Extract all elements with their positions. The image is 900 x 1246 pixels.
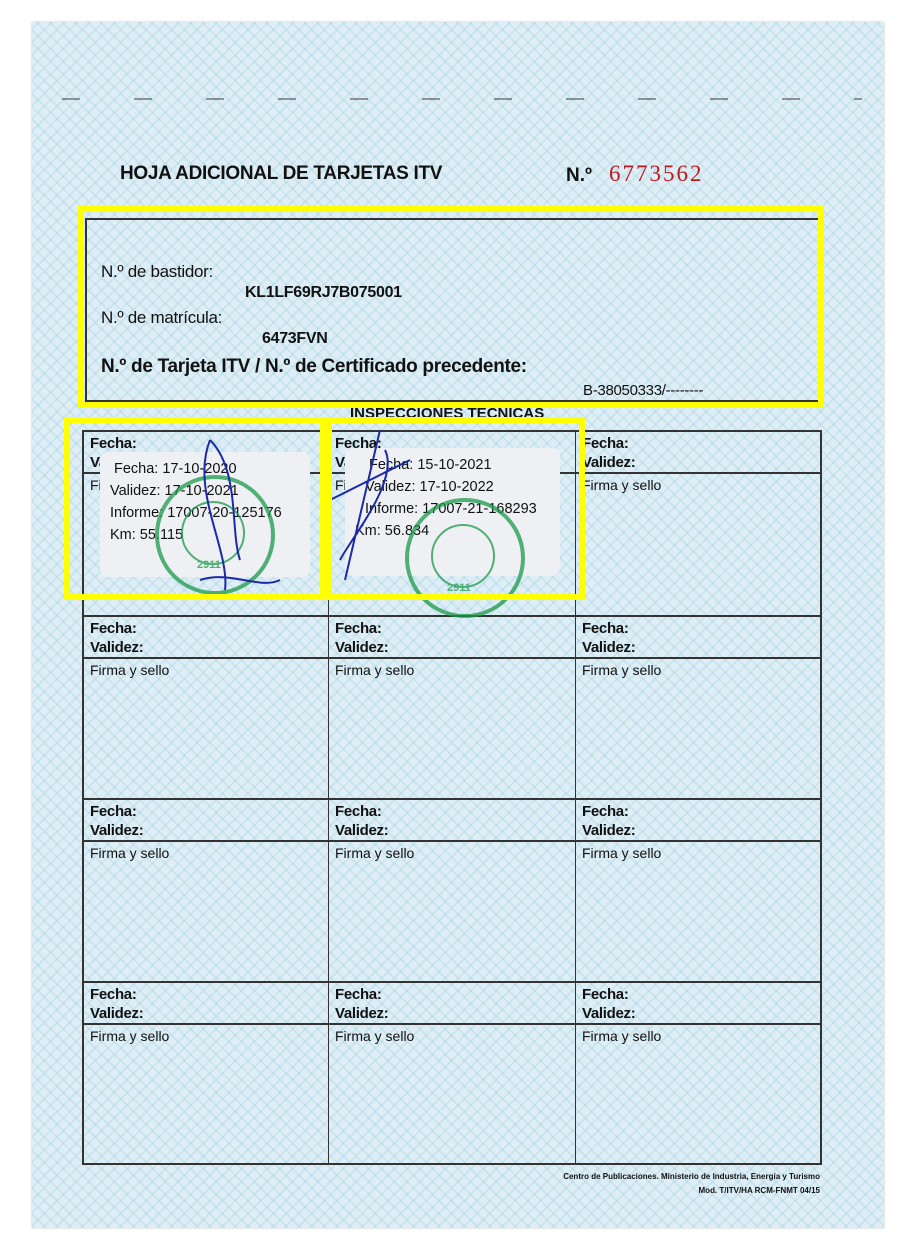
- inspection-cell: Fecha:Validez:Firma y sello: [84, 983, 329, 1165]
- inspection-cell: Fecha:Validez:Firma y sello: [576, 617, 822, 800]
- validez-label: Validez:: [90, 1004, 322, 1023]
- firma-label: Firma y sello: [329, 1025, 575, 1047]
- validez-label: Validez:: [582, 638, 816, 657]
- inspection-cell: Fecha:Validez:Firma y sello: [84, 800, 329, 983]
- inspection-cell: Fecha:Validez:Firma y sello: [576, 983, 822, 1165]
- number-label: N.º: [566, 165, 592, 187]
- fecha-label: Fecha:: [90, 985, 322, 1004]
- validez-label: Validez:: [582, 453, 816, 472]
- fecha-label: Fecha:: [582, 802, 816, 821]
- footer-model: Mod. T/ITV/HA RCM-FNMT 04/15: [699, 1186, 820, 1195]
- validez-label: Validez:: [335, 638, 569, 657]
- inspection-cell: Fecha:Validez:Firma y sello: [329, 983, 576, 1165]
- inspection-cell: Fecha:Validez:Firma y sello: [576, 800, 822, 983]
- firma-label: Firma y sello: [576, 842, 822, 864]
- validez-label: Validez:: [582, 1004, 816, 1023]
- fecha-label: Fecha:: [582, 619, 816, 638]
- inspection-cell: Fecha:Validez:Firma y sello: [84, 617, 329, 800]
- document-title: HOJA ADICIONAL DE TARJETAS ITV: [120, 163, 442, 185]
- fecha-label: Fecha:: [582, 985, 816, 1004]
- inspection-cell: Fecha:Validez:Firma y sello: [576, 432, 822, 617]
- firma-label: Firma y sello: [576, 659, 822, 681]
- firma-label: Firma y sello: [576, 1025, 822, 1047]
- fecha-label: Fecha:: [90, 619, 322, 638]
- firma-label: Firma y sello: [329, 842, 575, 864]
- firma-label: Firma y sello: [329, 659, 575, 681]
- highlight-inspection-1: [64, 417, 332, 600]
- validez-label: Validez:: [90, 821, 322, 840]
- validez-label: Validez:: [582, 821, 816, 840]
- fecha-label: Fecha:: [582, 434, 816, 453]
- highlight-inspection-2: [320, 417, 585, 600]
- firma-label: Firma y sello: [576, 474, 822, 496]
- document-number: 6773562: [609, 161, 704, 187]
- validez-label: Validez:: [335, 1004, 569, 1023]
- fecha-label: Fecha:: [335, 985, 569, 1004]
- validez-label: Validez:: [90, 638, 322, 657]
- inspection-cell: Fecha:Validez:Firma y sello: [329, 800, 576, 983]
- inspection-cell: Fecha:Validez:Firma y sello: [329, 617, 576, 800]
- fecha-label: Fecha:: [335, 802, 569, 821]
- firma-label: Firma y sello: [84, 1025, 328, 1047]
- highlight-vehicle: [78, 206, 824, 408]
- firma-label: Firma y sello: [84, 842, 328, 864]
- perforation-line: [62, 98, 862, 100]
- fecha-label: Fecha:: [90, 802, 322, 821]
- firma-label: Firma y sello: [84, 659, 328, 681]
- fecha-label: Fecha:: [335, 619, 569, 638]
- footer-publisher: Centro de Publicaciones. Ministerio de I…: [563, 1172, 820, 1181]
- validez-label: Validez:: [335, 821, 569, 840]
